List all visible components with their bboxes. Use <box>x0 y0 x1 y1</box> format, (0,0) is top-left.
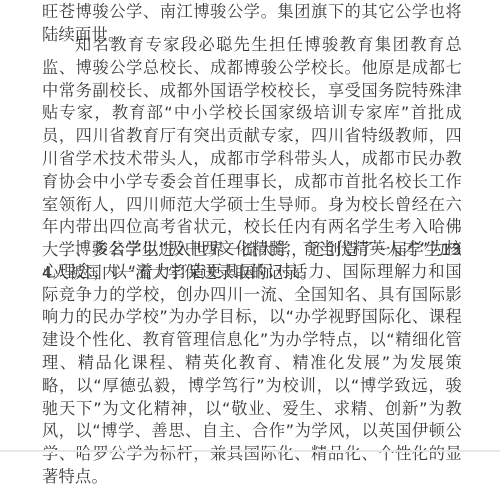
paragraph-school-philosophy: 博骏公学以“汲中西文化精髓，育当代精英人才”为核心理念，以“着力打造更具国际对话… <box>42 238 462 452</box>
